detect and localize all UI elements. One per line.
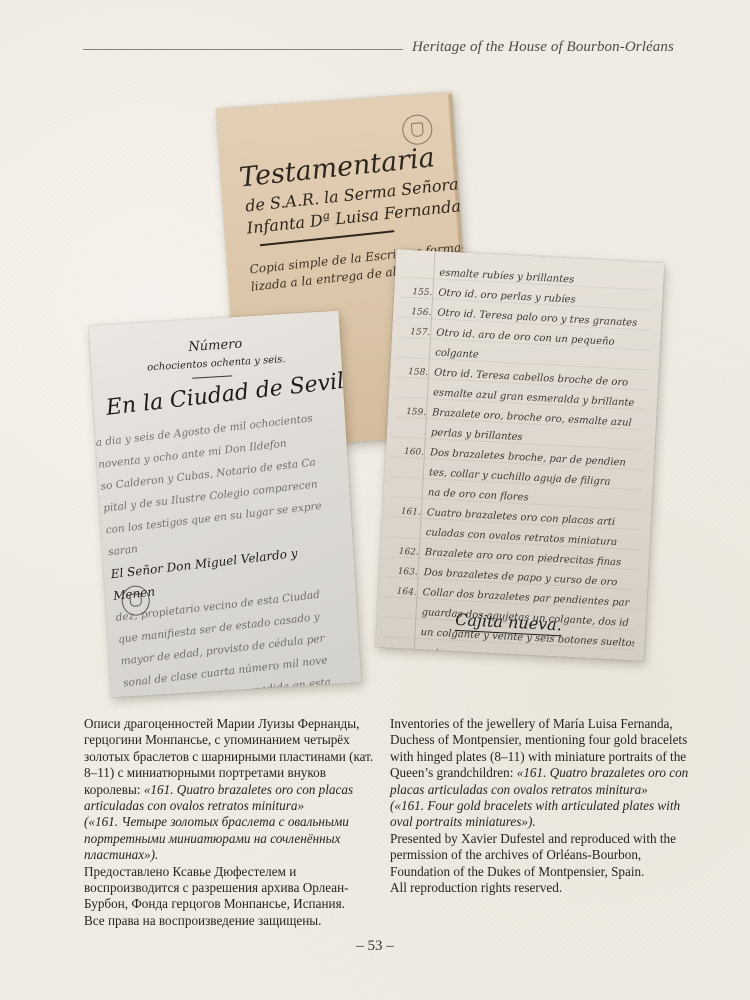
caption-english: Inventories of the jewellery of María Lu…	[390, 716, 700, 896]
sevilla-rule	[192, 375, 232, 378]
caption-en-quote-translation: («161. Four gold bracelets with articula…	[390, 798, 700, 831]
inventory-list-document: esmalte rubíes y brillantes 155.Otro id.…	[376, 249, 664, 660]
item-number: 156.	[399, 306, 437, 318]
item-number: 161.	[389, 506, 427, 518]
item-text: rerina negra	[419, 647, 633, 661]
item-number: 163.	[385, 566, 423, 578]
caption-ru-credit: Предоставлено Ксавье Дюфестелем и воспро…	[84, 864, 384, 913]
caption-ru-quote-translation: («161. Четыре золотых браслета с овальны…	[84, 814, 384, 863]
caption-ru-main: Описи драгоценностей Марии Луизы Фернанд…	[84, 716, 384, 814]
sevilla-notary-document: Número ochocientos ochenta y seis. En la…	[89, 311, 361, 698]
item-number: 162.	[387, 546, 425, 558]
item-number	[381, 656, 419, 658]
caption-ru-rights: Все права на воспроизведение защищены.	[84, 913, 384, 929]
item-number: 155.	[400, 287, 438, 299]
page-number: – 53 –	[0, 938, 750, 955]
caption-russian: Описи драгоценностей Марии Луизы Фернанд…	[84, 716, 384, 929]
item-number: 164.	[384, 586, 422, 598]
inventory-rows: esmalte rubíes y brillantes 155.Otro id.…	[380, 258, 654, 661]
item-number: 159.	[394, 406, 432, 418]
item-number: 157.	[398, 326, 436, 338]
caption-en-main: Inventories of the jewellery of María Lu…	[390, 716, 700, 798]
item-number: 158.	[396, 366, 434, 378]
sevilla-body: a dia y seis de Agosto de mil ochociento…	[95, 406, 362, 697]
caption-en-rights: All reproduction rights reserved.	[390, 880, 700, 896]
caption-en-credit: Presented by Xavier Dufestel and reprodu…	[390, 831, 700, 880]
archival-documents-photo: Testamentaria de S.A.R. la Serma Señora …	[0, 0, 750, 700]
item-number: 160.	[392, 446, 430, 458]
archive-stamp-icon	[401, 114, 433, 146]
